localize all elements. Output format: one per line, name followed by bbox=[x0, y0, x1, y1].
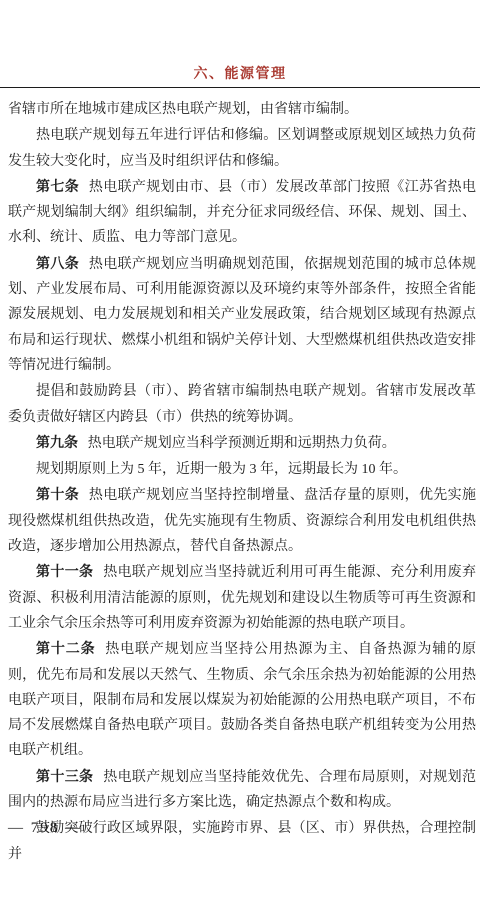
clause-term: 第七条 bbox=[36, 178, 79, 194]
page-number: — 798 — bbox=[8, 820, 82, 836]
paragraph-text: 热电联产规划应当坚持公用热源为主、自备热源为辅的原则，优先布局和发展以天然气、生… bbox=[8, 642, 476, 758]
section-title: 六、能源管理 bbox=[194, 65, 287, 81]
clause-term: 第十二条 bbox=[36, 640, 95, 656]
paragraph: 第十三条热电联产规划应当坚持能效优先、合理布局原则，对规划范围内的热源布局应当进… bbox=[8, 764, 476, 816]
paragraph: 第十条热电联产规划应当坚持控制增量、盘活存量的原则，优先实施现役燃煤机组供热改造… bbox=[8, 482, 476, 559]
page-header: 六、能源管理 bbox=[0, 63, 480, 83]
paragraph: 提倡和鼓励跨县（市）、跨省辖市编制热电联产规划。省辖市发展改革委负责做好辖区内跨… bbox=[8, 378, 476, 430]
paragraph: 省辖市所在地城市建成区热电联产规划，由省辖市编制。 bbox=[8, 96, 476, 122]
clause-term: 第八条 bbox=[36, 255, 79, 271]
clause-term: 第九条 bbox=[36, 434, 78, 450]
paragraph: 第九条热电联产规划应当科学预测近期和远期热力负荷。 bbox=[8, 430, 476, 456]
paragraph: 热电联产规划每五年进行评估和修编。区划调整或原规划区域热力负荷发生较大变化时，应… bbox=[8, 122, 476, 174]
clause-term: 第十一条 bbox=[36, 563, 93, 579]
paragraph: 第十一条热电联产规划应当坚持就近利用可再生能源、充分利用废弃资源、积极利用清洁能… bbox=[8, 559, 476, 636]
document-body: 省辖市所在地城市建成区热电联产规划，由省辖市编制。 热电联产规划每五年进行评估和… bbox=[8, 96, 476, 867]
clause-term: 第十三条 bbox=[36, 768, 93, 784]
paragraph-text: 规划期原则上为 5 年，近期一般为 3 年，远期最长为 10 年。 bbox=[36, 462, 407, 477]
document-page: 六、能源管理 省辖市所在地城市建成区热电联产规划，由省辖市编制。 热电联产规划每… bbox=[0, 0, 480, 906]
paragraph: 规划期原则上为 5 年，近期一般为 3 年，远期最长为 10 年。 bbox=[8, 456, 476, 482]
paragraph-text: 省辖市所在地城市建成区热电联产规划，由省辖市编制。 bbox=[8, 102, 358, 117]
paragraph-text: 热电联产规划应当科学预测近期和远期热力负荷。 bbox=[88, 436, 396, 451]
clause-term: 第十条 bbox=[36, 486, 79, 502]
paragraph: 第七条热电联产规划由市、县（市）发展改革部门按照《江苏省热电联产规划编制大纲》组… bbox=[8, 174, 476, 251]
paragraph: 第八条热电联产规划应当明确规划范围，依据规划范围的城市总体规划、产业发展布局、可… bbox=[8, 251, 476, 378]
header-rule bbox=[0, 87, 480, 88]
page-footer: — 798 — bbox=[8, 820, 82, 837]
paragraph-text: 热电联产规划每五年进行评估和修编。区划调整或原规划区域热力负荷发生较大变化时，应… bbox=[8, 128, 476, 168]
paragraph-text: 热电联产规划应当明确规划范围，依据规划范围的城市总体规划、产业发展布局、可利用能… bbox=[8, 257, 476, 373]
paragraph: 第十二条热电联产规划应当坚持公用热源为主、自备热源为辅的原则，优先布局和发展以天… bbox=[8, 636, 476, 763]
paragraph-text: 提倡和鼓励跨县（市）、跨省辖市编制热电联产规划。省辖市发展改革委负责做好辖区内跨… bbox=[8, 384, 476, 424]
